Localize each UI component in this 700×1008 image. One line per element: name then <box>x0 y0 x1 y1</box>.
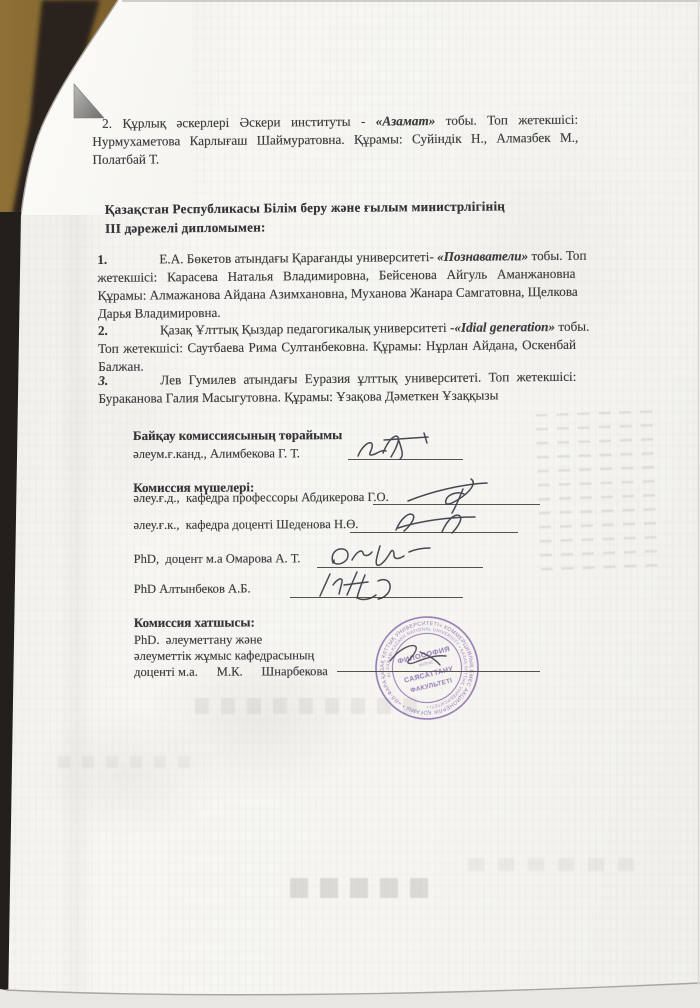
signatures-and-stamp-overlay: ҚАЗАҚ ҰЛТТЫҚ УНИВЕРСИТЕТІ» КОММЕРЦИЯЛЫҚ … <box>0 0 700 1008</box>
signature-member-omarova <box>332 546 430 565</box>
signature-member-altynbekov <box>320 572 390 599</box>
paper-bottom-margin <box>0 983 700 1008</box>
signature-member-abdikerova <box>408 479 487 513</box>
stamp-outer-ring-text: ҚАЗАҚ ҰЛТТЫҚ УНИВЕРСИТЕТІ» КОММЕРЦИЯЛЫҚ … <box>0 5 484 818</box>
scanned-document-photo: 2. Құрлық әскерлері Әскери институты - «… <box>0 0 700 1008</box>
signature-chair-alimbekova <box>358 433 428 459</box>
university-round-stamp: ҚАЗАҚ ҰЛТТЫҚ УНИВЕРСИТЕТІ» КОММЕРЦИЯЛЫҚ … <box>0 4 489 822</box>
stamp-inner-ring-text: AL-FARABI KAZAKH NATIONAL UNIVERSITY • Қ… <box>377 618 478 719</box>
signature-rule-lines <box>290 460 540 598</box>
signature-member-shedenova <box>396 514 475 533</box>
